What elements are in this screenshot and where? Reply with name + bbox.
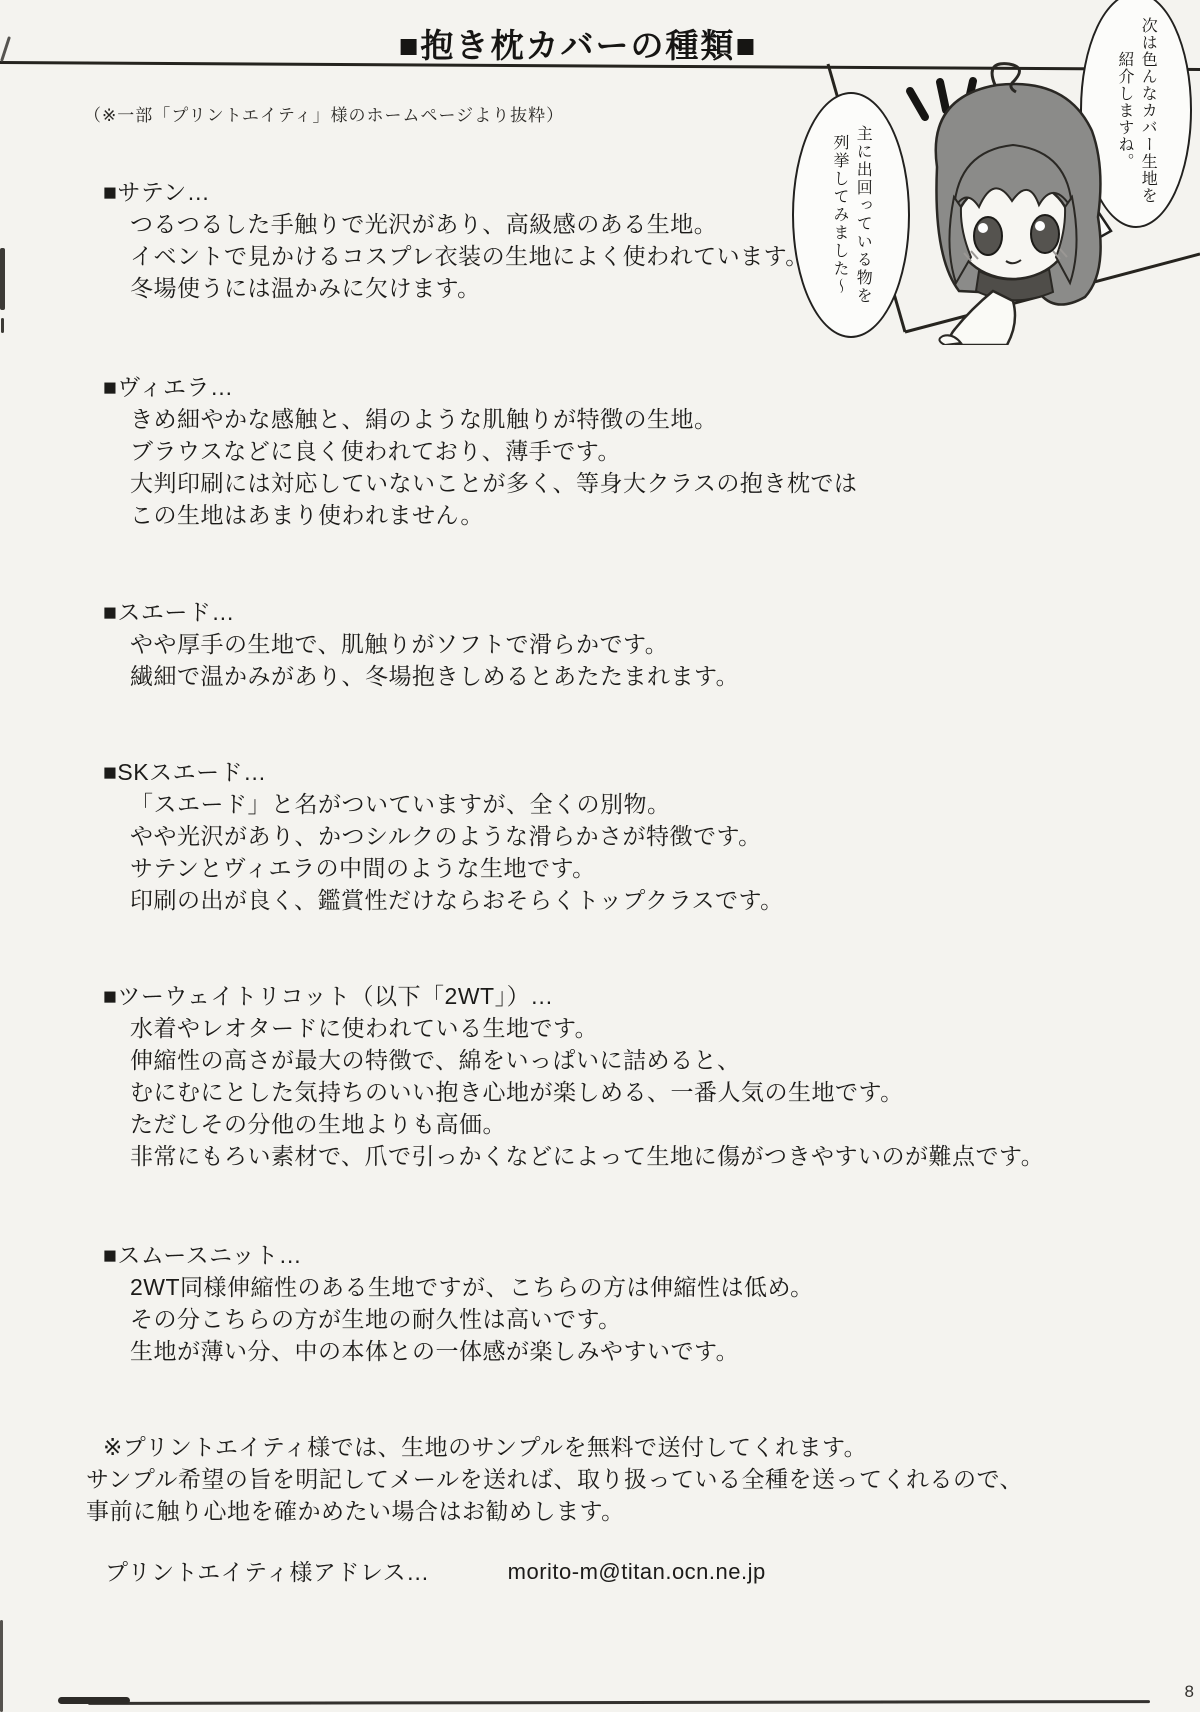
page-number: 8 <box>1185 1682 1194 1702</box>
hand <box>950 291 1015 345</box>
scan-artifact-left <box>0 1620 3 1712</box>
section-line: 繊細で温かみがあり、冬場抱きしめるとあたたまれます。 <box>130 660 739 692</box>
address-label: プリントエイティ様アドレス… <box>105 1556 430 1588</box>
footer-note: ※プリントエイティ様では、生地のサンプルを無料で送付してくれます。 サンプル希望… <box>86 1431 1023 1527</box>
section-line: 大判印刷には対応していないことが多く、等身大クラスの抱き枕では <box>130 467 857 499</box>
section-line: サテンとヴィエラの中間のような生地です。 <box>130 852 784 884</box>
footer-note-line: 事前に触り心地を確かめたい場合はお勧めします。 <box>86 1495 1023 1527</box>
section-sk-suede: ■SKスエード… 「スエード」と名がついていますが、全くの別物。 やや光沢があり… <box>103 756 784 916</box>
section-line: ただしその分他の生地よりも高価。 <box>130 1108 1044 1140</box>
scanned-document-page: ■抱き枕カバーの種類■ （※一部「プリントエイティ」様のホームページより抜粋） … <box>0 0 1200 1712</box>
section-line: きめ細やかな感触と、絹のような肌触りが特徴の生地。 <box>130 403 857 435</box>
footer-note-line: サンプル希望の旨を明記してメールを送れば、取り扱っている全種を送ってくれるので、 <box>86 1463 1023 1495</box>
section-smooth-knit: ■スムースニット… 2WT同様伸縮性のある生地ですが、こちらの方は伸縮性は低め。… <box>103 1239 814 1367</box>
section-header: ■スエード… <box>103 596 739 628</box>
scan-artifact-left <box>0 248 5 310</box>
section-line: 伸縮性の高さが最大の特徴で、綿をいっぱいに詰めると、 <box>130 1044 1044 1076</box>
section-two-way-tricot: ■ツーウェイトリコット（以下「2WT」）… 水着やレオタードに使われている生地で… <box>103 980 1044 1172</box>
section-header: ■SKスエード… <box>103 756 784 788</box>
address-row: プリントエイティ様アドレス… morito-m@titan.ocn.ne.jp <box>105 1556 766 1588</box>
section-header: ■スムースニット… <box>103 1239 814 1271</box>
section-line: 2WT同様伸縮性のある生地ですが、こちらの方は伸縮性は低め。 <box>130 1271 814 1303</box>
chibi-girl-illustration <box>755 55 1200 345</box>
section-line: 水着やレオタードに使われている生地です。 <box>130 1012 1044 1044</box>
section-line: 生地が薄い分、中の本体との一体感が楽しみやすいです。 <box>130 1335 814 1367</box>
section-line: 印刷の出が良く、鑑賞性だけならおそらくトップクラスです。 <box>130 884 784 916</box>
footer-note-line: ※プリントエイティ様では、生地のサンプルを無料で送付してくれます。 <box>86 1431 1023 1463</box>
scan-artifact-left <box>1 318 4 333</box>
section-line: 冬場使うには温かみに欠けます。 <box>130 272 809 304</box>
section-line: 「スエード」と名がついていますが、全くの別物。 <box>130 788 784 820</box>
section-line: むにむにとした気持ちのいい抱き心地が楽しめる、一番人気の生地です。 <box>130 1076 1044 1108</box>
scan-artifact-bottom-blob <box>58 1697 130 1704</box>
section-line: やや光沢があり、かつシルクのような滑らかさが特徴です。 <box>130 820 784 852</box>
scan-artifact-bottom-edge <box>88 1700 1150 1705</box>
section-line: ブラウスなどに良く使われており、薄手です。 <box>130 435 857 467</box>
section-line: やや厚手の生地で、肌触りがソフトで滑らかです。 <box>130 628 739 660</box>
section-suede: ■スエード… やや厚手の生地で、肌触りがソフトで滑らかです。 繊細で温かみがあり… <box>103 596 739 692</box>
section-line: その分こちらの方が生地の耐久性は高いです。 <box>130 1303 814 1335</box>
section-header: ■ツーウェイトリコット（以下「2WT」）… <box>103 980 1044 1012</box>
section-line: イベントで見かけるコスプレ衣装の生地によく使われています。 <box>130 240 809 272</box>
section-line: この生地はあまり使われません。 <box>130 499 857 531</box>
section-line: つるつるした手触りで光沢があり、高級感のある生地。 <box>130 208 809 240</box>
source-note: （※一部「プリントエイティ」様のホームページより抜粋） <box>84 101 564 126</box>
section-viyella: ■ヴィエラ… きめ細やかな感触と、絹のような肌触りが特徴の生地。 ブラウスなどに… <box>103 371 857 531</box>
section-line: 非常にもろい素材で、爪で引っかくなどによって生地に傷がつきやすいのが難点です。 <box>130 1140 1044 1172</box>
section-header: ■ヴィエラ… <box>103 371 857 403</box>
address-email: morito-m@titan.ocn.ne.jp <box>508 1556 766 1588</box>
section-satin: ■サテン… つるつるした手触りで光沢があり、高級感のある生地。 イベントで見かけ… <box>103 176 809 304</box>
section-header: ■サテン… <box>103 176 809 208</box>
